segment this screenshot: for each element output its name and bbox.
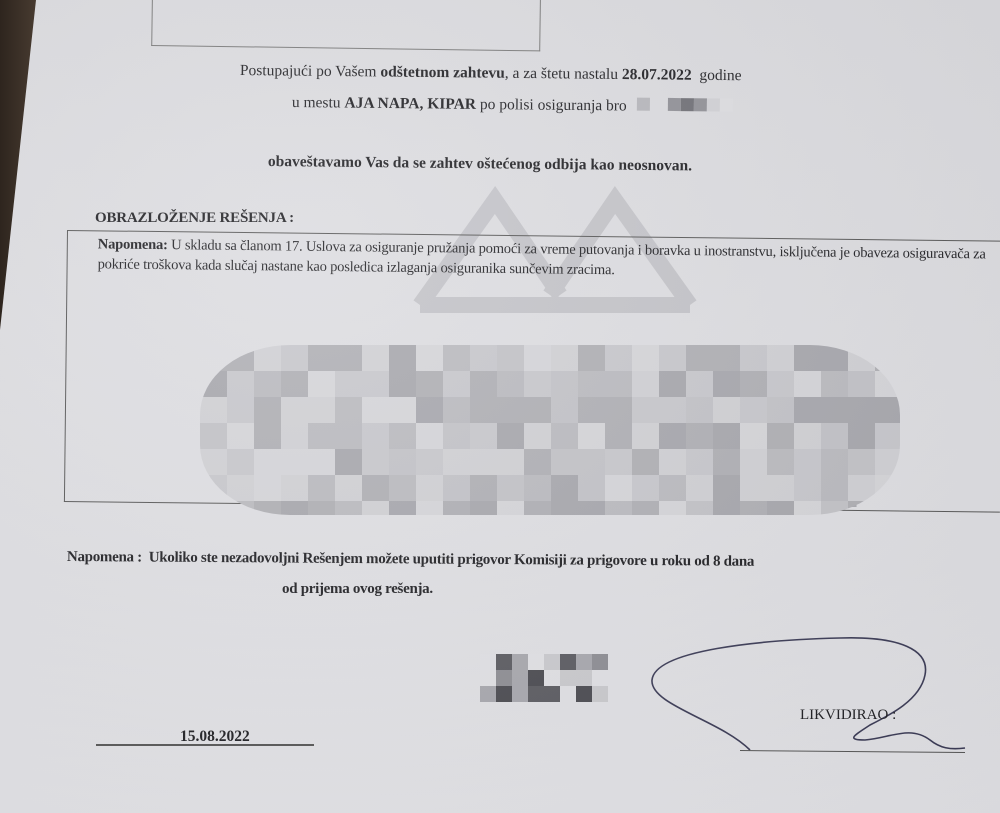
appeal-note-label: Napomena : <box>67 549 142 566</box>
intro-text: Postupajući po Vašem <box>240 62 381 80</box>
intro-text: u mestu <box>292 94 345 112</box>
stamp-redacted <box>480 654 608 702</box>
claim-type: odštetnom zahtevu <box>380 63 505 81</box>
signatory-label: LIKVIDIRAO : <box>800 707 896 724</box>
appeal-note-line-1: Napomena : Ukoliko ste nezadovoljni Reše… <box>67 549 754 571</box>
claim-decision-letter: Postupajući po Vašem odštetnom zahtevu, … <box>0 0 1000 813</box>
address-box <box>151 0 541 51</box>
reasoning-text: Napomena: U skladu sa članom 17. Uslova … <box>97 234 997 284</box>
reasoning-heading: OBRAZLOŽENJE REŠENJA : <box>95 210 294 227</box>
intro-text: , a za štetu nastalu <box>505 65 622 83</box>
note-label: Napomena: <box>98 236 168 253</box>
intro-line-1: Postupajući po Vašem odštetnom zahtevu, … <box>240 62 742 85</box>
note-body: U skladu sa članom 17. Uslova za osigura… <box>98 237 986 278</box>
intro-text: godine <box>692 67 742 85</box>
appeal-note-line-2: od prijema ovog rešenja. <box>282 581 433 598</box>
redacted-block <box>200 345 900 515</box>
claim-date: 28.07.2022 <box>622 66 692 84</box>
policy-number-redacted <box>636 98 732 117</box>
decision-statement: obaveštavamo Vas da se zahtev oštećenog … <box>268 153 692 175</box>
incident-location: AJA NAPA, KIPAR <box>344 95 476 113</box>
appeal-note-text: Ukoliko ste nezadovoljni Rešenjem možete… <box>142 550 754 570</box>
intro-text: po polisi osiguranja bro <box>476 96 627 115</box>
date-underline <box>96 744 314 746</box>
intro-line-2: u mestu AJA NAPA, KIPAR po polisi osigur… <box>292 94 733 117</box>
signature <box>640 630 980 770</box>
